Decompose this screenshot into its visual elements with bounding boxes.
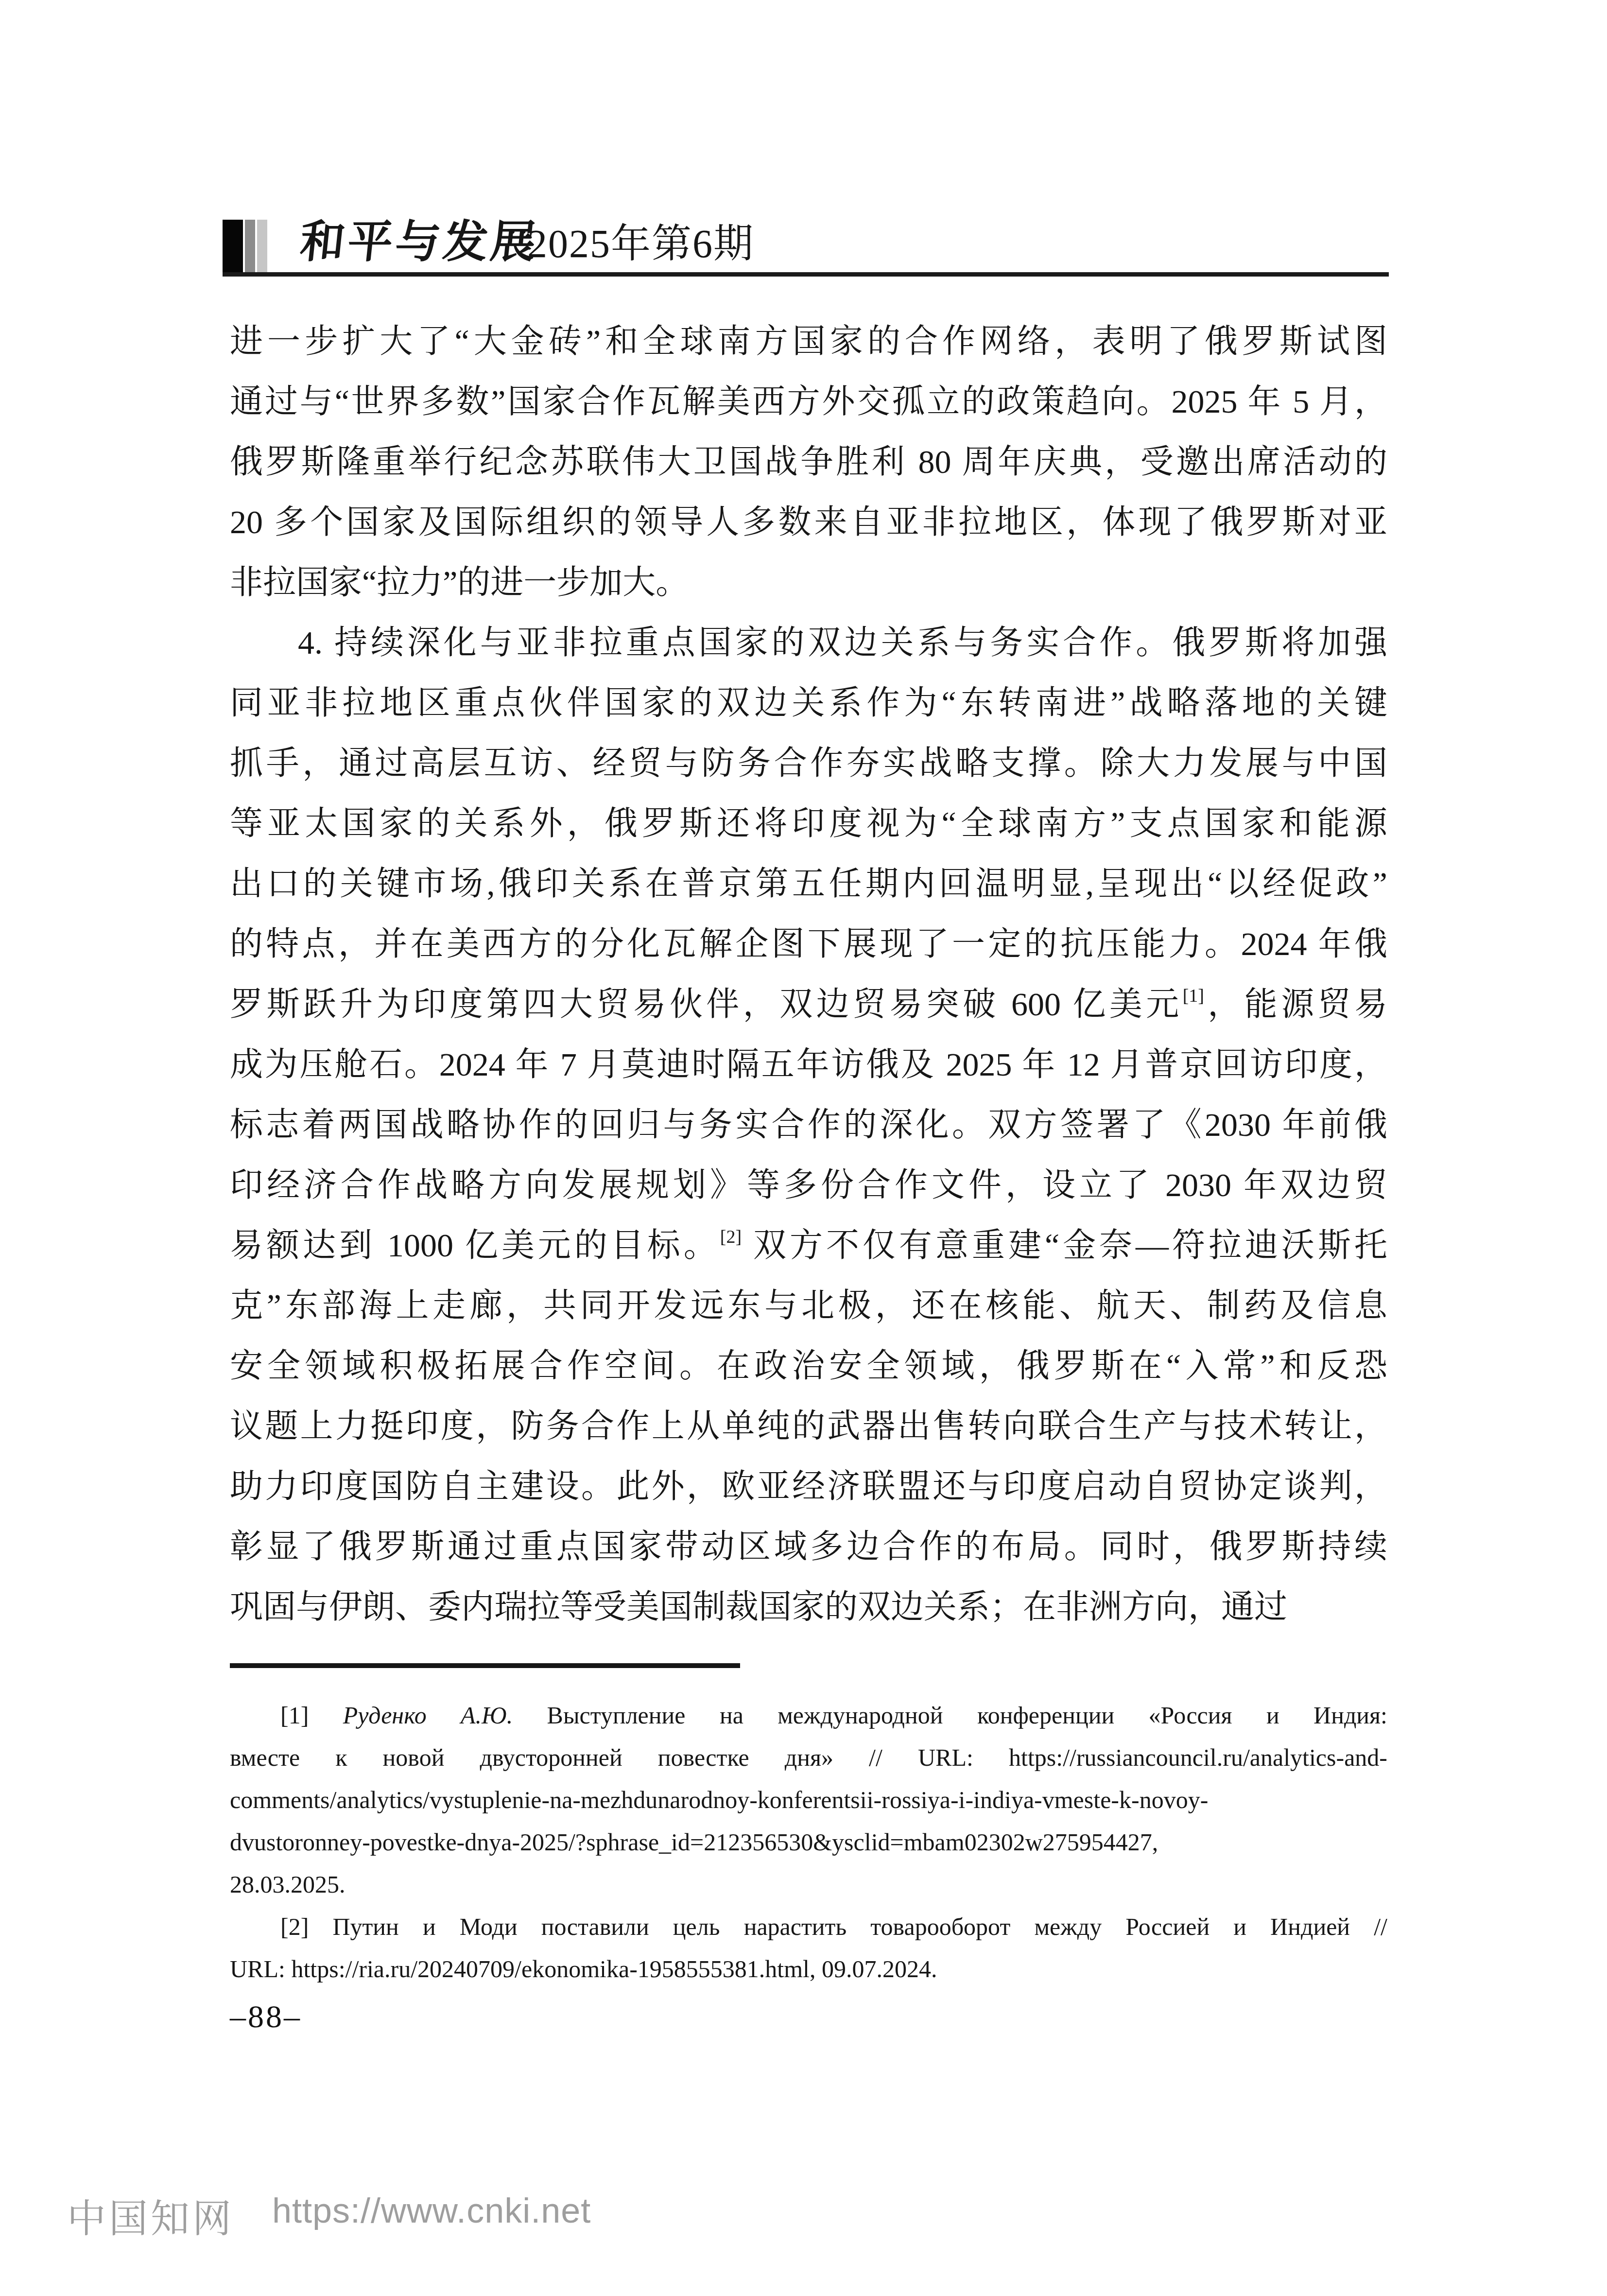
journal-logo: 和平与发展 — [297, 213, 542, 271]
footnotes-section: [1] Руденко А.Ю. Выступление на междунар… — [230, 1694, 1387, 1990]
body-line: 标志着两国战略协作的回归与务实合作的深化。双方签署了《2030 年前俄 — [230, 1095, 1387, 1155]
footnote-ref-1: [1] — [1183, 986, 1204, 1006]
footnote-line: [1] Руденко А.Ю. Выступление на междунар… — [230, 1694, 1387, 1737]
body-line: 通过与“世界多数”国家合作瓦解美西方外交孤立的政策趋向。2025 年 5 月， — [230, 371, 1387, 432]
header-rule — [223, 272, 1389, 277]
body-line: 4. 持续深化与亚非拉重点国家的双边关系与务实合作。俄罗斯将加强 — [230, 612, 1387, 673]
body-line: 彰显了俄罗斯通过重点国家带动区域多边合作的布局。同时，俄罗斯持续 — [230, 1516, 1387, 1577]
footnote-marker: [2] — [280, 1913, 309, 1940]
body-line: 克”东部海上走廊，共同开发远东与北极，还在核能、航天、制药及信息 — [230, 1275, 1387, 1336]
body-line: 议题上力挺印度，防务合作上从单纯的武器出售转向联合生产与技术转让， — [230, 1396, 1387, 1456]
header-lightgray-bar — [257, 220, 267, 277]
body-line-text: 罗斯跃升为印度第四大贸易伙伴，双边贸易突破 600 亿美元 — [230, 986, 1183, 1023]
footnote-ref-2: [2] — [720, 1227, 742, 1247]
body-line: 进一步扩大了“大金砖”和全球南方国家的合作网络，表明了俄罗斯试图 — [230, 311, 1387, 371]
body-line: 易额达到 1000 亿美元的目标。[2] 双方不仅有意重建“金奈—符拉迪沃斯托 — [230, 1215, 1387, 1275]
body-line: 的特点，并在美西方的分化瓦解企图下展现了一定的抗压能力。2024 年俄 — [230, 914, 1387, 974]
body-line-text: 易额达到 1000 亿美元的目标。 — [230, 1227, 720, 1264]
article-body: 进一步扩大了“大金砖”和全球南方国家的合作网络，表明了俄罗斯试图 通过与“世界多… — [230, 311, 1387, 1637]
body-line: 出口的关键市场,俄印关系在普京第五任期内回温明显,呈现出“以经促政” — [230, 853, 1387, 914]
body-line: 抓手，通过高层互访、经贸与防务合作夯实战略支撑。除大力发展与中国 — [230, 733, 1387, 793]
body-line: 成为压舱石。2024 年 7 月莫迪时隔五年访俄及 2025 年 12 月普京回… — [230, 1034, 1387, 1095]
footnote-line: URL: https://ria.ru/20240709/ekonomika-1… — [230, 1948, 1387, 1990]
body-line: 20 多个国家及国际组织的领导人多数来自亚非拉地区，体现了俄罗斯对亚 — [230, 492, 1387, 552]
header-black-bar — [223, 220, 243, 277]
issue-label: 2025年第6期 — [527, 215, 754, 273]
footnote-author: Руденко А.Ю. — [309, 1702, 513, 1729]
body-line: 助力印度国防自主建设。此外，欧亚经济联盟还与印度启动自贸协定谈判， — [230, 1456, 1387, 1516]
footnote-text: Путин и Моди поставили цель нарастить то… — [309, 1913, 1387, 1940]
body-line: 安全领域积极拓展合作空间。在政治安全领域，俄罗斯在“入常”和反恐 — [230, 1336, 1387, 1396]
footnote-line: comments/analytics/vystuplenie-na-mezhdu… — [230, 1779, 1387, 1821]
body-line: 俄罗斯隆重举行纪念苏联伟大卫国战争胜利 80 周年庆典，受邀出席活动的 — [230, 432, 1387, 492]
watermark-url: https://www.cnki.net — [272, 2191, 591, 2231]
page-container: 和平与发展 2025年第6期 进一步扩大了“大金砖”和全球南方国家的合作网络，表… — [0, 0, 1607, 2296]
body-line: 非拉国家“拉力”的进一步加大。 — [230, 552, 1387, 612]
watermark-site-name: 中国知网 — [67, 2187, 234, 2243]
body-line: 同亚非拉地区重点伙伴国家的双边关系作为“东转南进”战略落地的关键 — [230, 673, 1387, 733]
footnote-line: вместе к новой двусторонней повестке дня… — [230, 1737, 1387, 1779]
body-line: 罗斯跃升为印度第四大贸易伙伴，双边贸易突破 600 亿美元[1]，能源贸易 — [230, 974, 1387, 1034]
footnote-line: 28.03.2025. — [230, 1863, 1387, 1906]
body-line-text: ，能源贸易 — [1204, 986, 1387, 1023]
body-line: 等亚太国家的关系外，俄罗斯还将印度视为“全球南方”支点国家和能源 — [230, 793, 1387, 853]
page-number: –88– — [230, 1999, 302, 2035]
body-line: 印经济合作战略方向发展规划》等多份合作文件，设立了 2030 年双边贸 — [230, 1155, 1387, 1215]
footnote-separator — [230, 1663, 740, 1668]
footnote-line: [2] Путин и Моди поставили цель нарастит… — [230, 1906, 1387, 1948]
footnote-text: Выступление на международной конференции… — [513, 1702, 1387, 1729]
body-line: 巩固与伊朗、委内瑞拉等受美国制裁国家的双边关系；在非洲方向，通过 — [230, 1577, 1387, 1637]
body-line-text: 双方不仅有意重建“金奈—符拉迪沃斯托 — [742, 1227, 1387, 1264]
footnote-marker: [1] — [280, 1702, 309, 1729]
header-darkgray-bar — [245, 220, 255, 277]
footnote-line: dvustoronney-povestke-dnya-2025/?sphrase… — [230, 1821, 1387, 1863]
